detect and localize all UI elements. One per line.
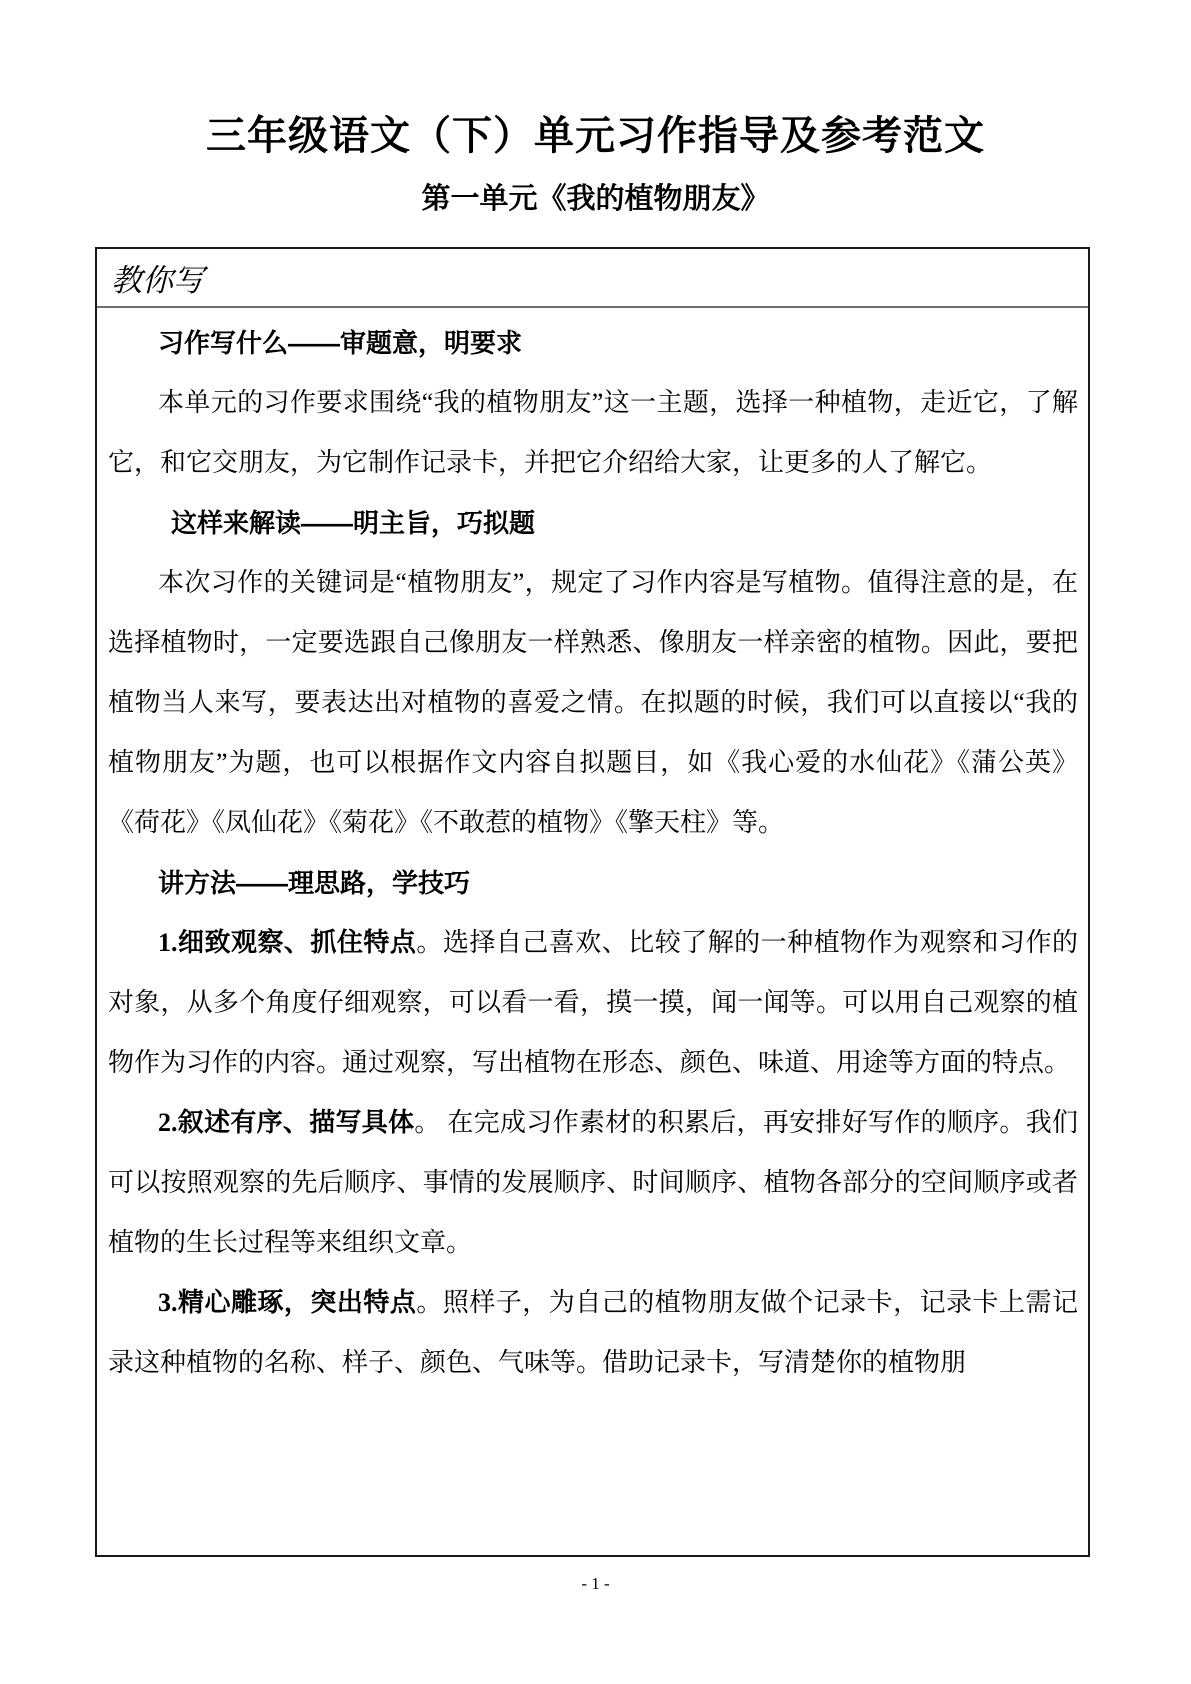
box-header-label: 教你写 [111, 255, 204, 300]
method-paragraph-2: 2.叙述有序、描写具体。 在完成习作素材的积累后，再安排好写作的顺序。我们可以按… [108, 1093, 1078, 1273]
guide-box: 教你写 习作写什么——审题意，明要求 本单元的习作要求围绕“我的植物朋友”这一主… [95, 247, 1090, 1557]
paragraph-unit-requirement: 本单元的习作要求围绕“我的植物朋友”这一主题，选择一种植物，走近它，了解它，和它… [108, 373, 1078, 493]
document-title: 三年级语文（下）单元习作指导及参考范文 [0, 112, 1191, 160]
method-2-lead: 2.叙述有序、描写具体 [158, 1108, 414, 1137]
method-paragraph-1: 1.细致观察、抓住特点。选择自己喜欢、比较了解的一种植物作为观察和习作的对象，从… [108, 913, 1078, 1093]
method-paragraph-3: 3.精心雕琢，突出特点。照样子，为自己的植物朋友做个记录卡，记录卡上需记录这种植… [108, 1273, 1078, 1393]
section-heading-methods: 讲方法——理思路，学技巧 [108, 853, 1078, 913]
method-3-lead: 3.精心雕琢，突出特点 [158, 1288, 416, 1317]
box-body: 习作写什么——审题意，明要求 本单元的习作要求围绕“我的植物朋友”这一主题，选择… [97, 308, 1088, 1553]
footer-page-number: - 1 - [0, 1572, 1191, 1596]
section-heading-how-to-interpret: 这样来解读——明主旨，巧拟题 [108, 493, 1078, 553]
method-1-lead: 1.细致观察、抓住特点 [158, 928, 416, 957]
paragraph-keyword-analysis: 本次习作的关键词是“植物朋友”，规定了习作内容是写植物。值得注意的是，在选择植物… [108, 553, 1078, 853]
box-header-row: 教你写 [97, 249, 1088, 308]
section-heading-what-to-write: 习作写什么——审题意，明要求 [108, 313, 1078, 373]
document-subtitle: 第一单元《我的植物朋友》 [0, 181, 1191, 217]
document-page: 三年级语文（下）单元习作指导及参考范文 第一单元《我的植物朋友》 教你写 习作写… [0, 0, 1191, 1684]
